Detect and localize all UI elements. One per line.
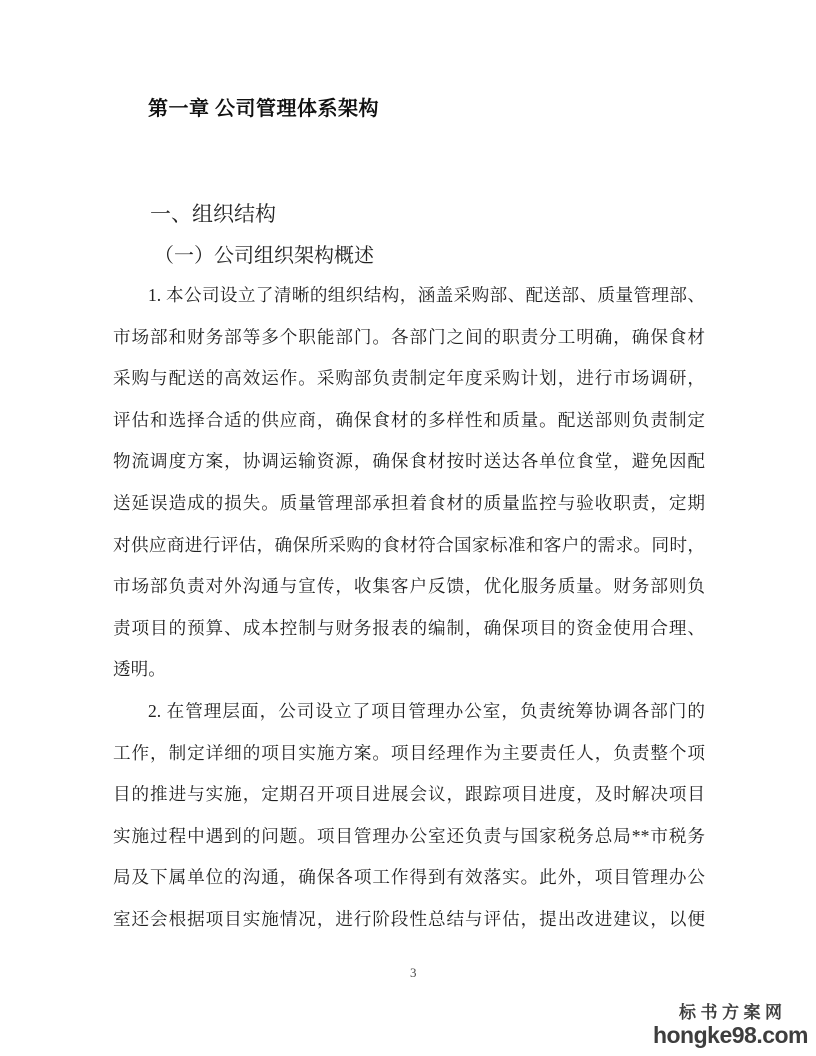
- paragraphs-container: 1. 本公司设立了清晰的组织结构，涵盖采购部、配送部、质量管理部、市场部和财务部…: [113, 275, 705, 941]
- paragraph: 1. 本公司设立了清晰的组织结构，涵盖采购部、配送部、质量管理部、市场部和财务部…: [113, 275, 705, 691]
- section-heading: 一、组织结构: [150, 198, 276, 228]
- chapter-title: 第一章 公司管理体系架构: [148, 92, 379, 121]
- paragraph-line: 物流调度方案，协调运输资源，确保食材按时送达各单位食堂，避免因配: [113, 441, 705, 483]
- document-page: 第一章 公司管理体系架构 一、组织结构 （一）公司组织架构概述 1. 本公司设立…: [0, 0, 816, 1056]
- paragraph-line: 1. 本公司设立了清晰的组织结构，涵盖采购部、配送部、质量管理部、: [113, 275, 705, 317]
- paragraph-line: 工作，制定详细的项目实施方案。项目经理作为主要责任人，负责整个项: [113, 733, 705, 775]
- page-number: 3: [410, 965, 417, 981]
- watermark-site-name: 标书方案网: [653, 1003, 808, 1023]
- paragraph-line: 市场部负责对外沟通与宣传，收集客户反馈，优化服务质量。财务部则负: [113, 566, 705, 608]
- paragraph-line: 室还会根据项目实施情况，进行阶段性总结与评估，提出改进建议，以便: [113, 899, 705, 941]
- paragraph-line: 评估和选择合适的供应商，确保食材的多样性和质量。配送部则负责制定: [113, 400, 705, 442]
- paragraph-line: 送延误造成的损失。质量管理部承担着食材的质量监控与验收职责，定期: [113, 483, 705, 525]
- paragraph-line: 责项目的预算、成本控制与财务报表的编制，确保项目的资金使用合理、: [113, 608, 705, 650]
- paragraph-line: 市场部和财务部等多个职能部门。各部门之间的职责分工明确，确保食材: [113, 317, 705, 359]
- paragraph: 2. 在管理层面，公司设立了项目管理办公室，负责统筹协调各部门的工作，制定详细的…: [113, 691, 705, 941]
- paragraph-line: 透明。: [113, 649, 705, 691]
- paragraph-line: 对供应商进行评估，确保所采购的食材符合国家标准和客户的需求。同时，: [113, 525, 705, 567]
- watermark-site-url: hongke98.com: [653, 1023, 808, 1047]
- paragraph-line: 2. 在管理层面，公司设立了项目管理办公室，负责统筹协调各部门的: [113, 691, 705, 733]
- watermark: 标书方案网 hongke98.com: [653, 1003, 808, 1047]
- paragraph-line: 局及下属单位的沟通，确保各项工作得到有效落实。此外，项目管理办公: [113, 857, 705, 899]
- paragraph-line: 目的推进与实施，定期召开项目进展会议，跟踪项目进度，及时解决项目: [113, 774, 705, 816]
- paragraph-line: 实施过程中遇到的问题。项目管理办公室还负责与国家税务总局**市税务: [113, 816, 705, 858]
- subsection-heading: （一）公司组织架构概述: [154, 239, 374, 268]
- paragraph-line: 采购与配送的高效运作。采购部负责制定年度采购计划，进行市场调研，: [113, 358, 705, 400]
